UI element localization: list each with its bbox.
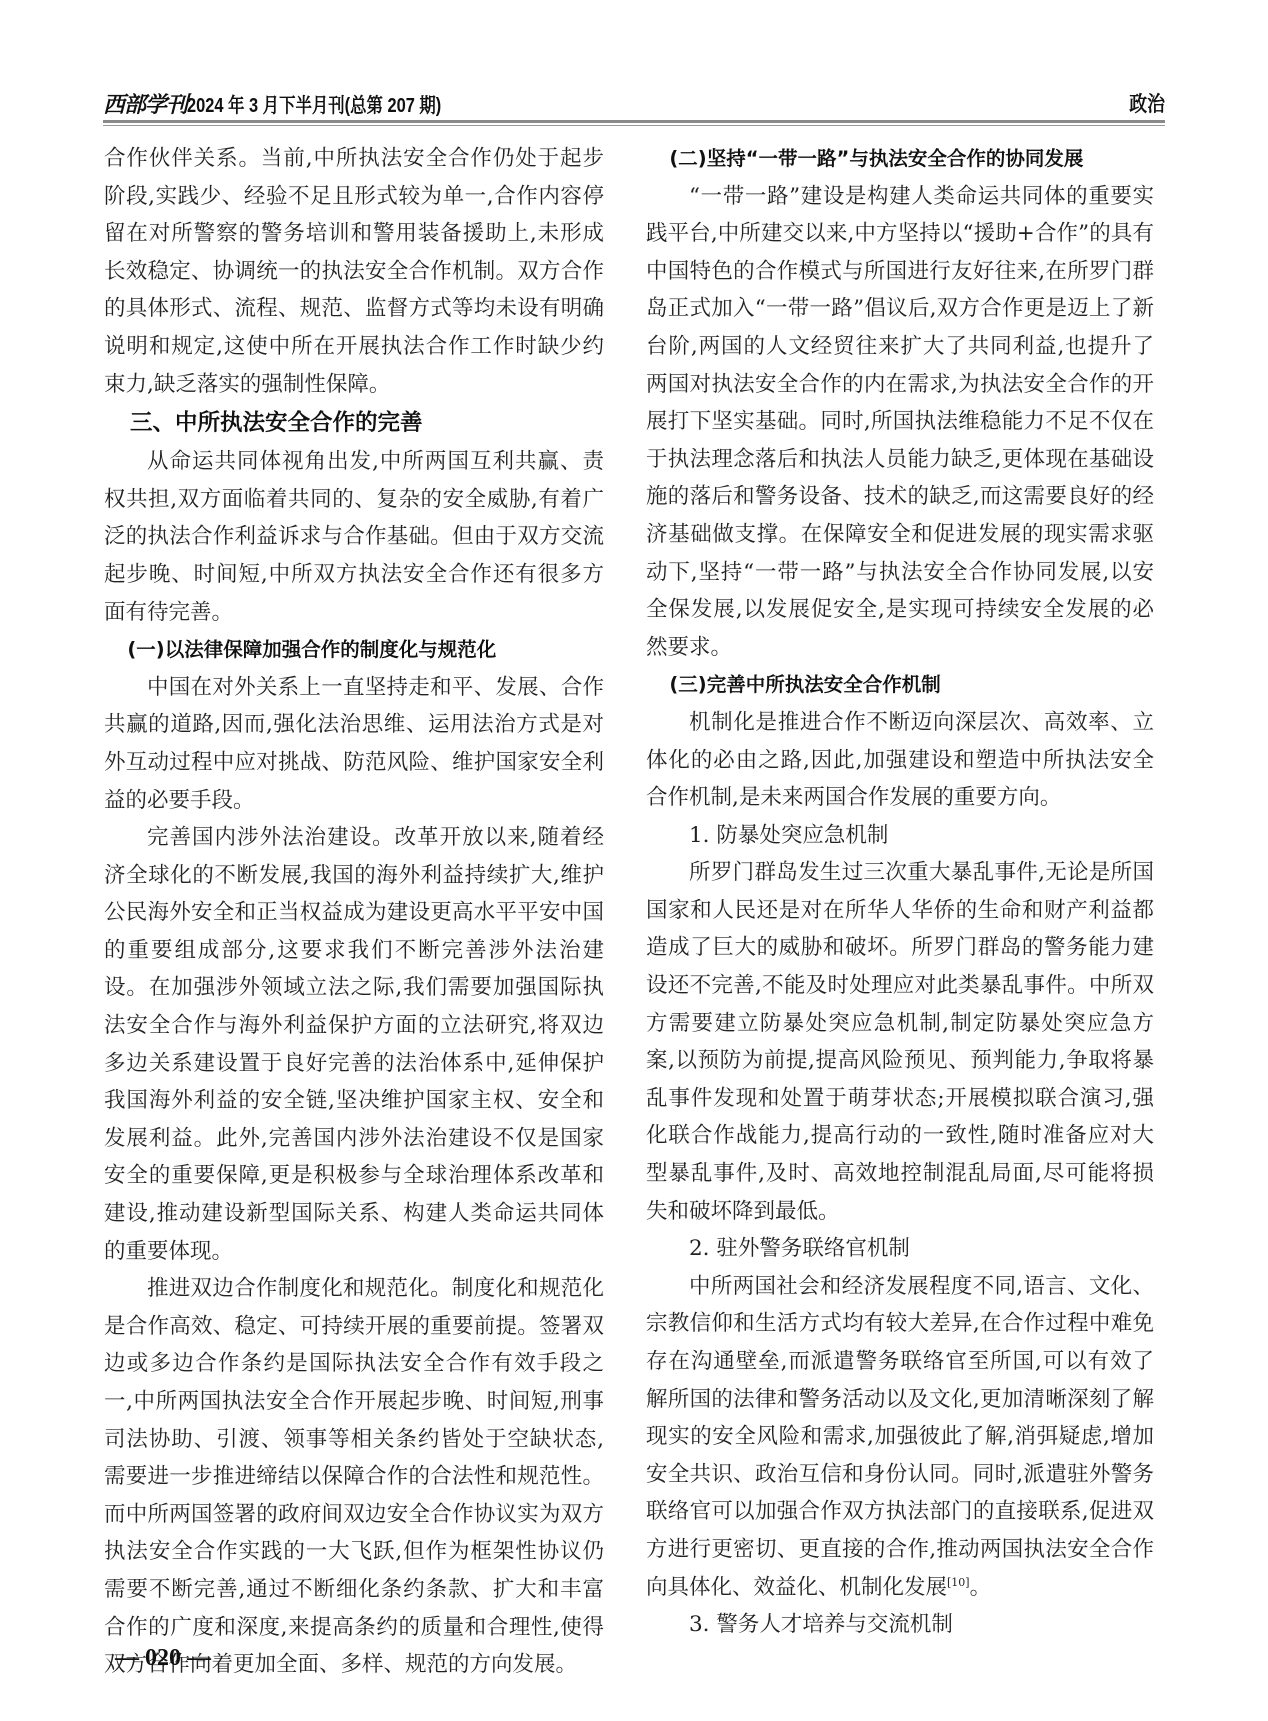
paragraph: “一带一路”建设是构建人类命运共同体的重要实践平台,中所建交以来,中方坚持以“援…	[646, 178, 1154, 667]
paragraph-text: 中所两国社会和经济发展程度不同,语言、文化、宗教信仰和生活方式均有较大差异,在合…	[646, 1274, 1154, 1600]
header-left: 西部学刊 2024 年 3 月下半月刊(总第 207 期)	[103, 88, 497, 119]
running-header: 西部学刊 2024 年 3 月下半月刊(总第 207 期) 政治	[103, 88, 1165, 120]
paragraph: 从命运共同体视角出发,中所两国互利共赢、责权共担,双方面临着共同的、复杂的安全威…	[104, 443, 604, 631]
paragraph: 完善国内涉外法治建设。改革开放以来,随着经济全球化的不断发展,我国的海外利益持续…	[104, 819, 604, 1270]
paragraph: 中所两国社会和经济发展程度不同,语言、文化、宗教信仰和生活方式均有较大差异,在合…	[646, 1268, 1154, 1606]
numbered-heading: 3. 警务人才培养与交流机制	[646, 1606, 1154, 1644]
paragraph: 推进双边合作制度化和规范化。制度化和规范化是合作高效、稳定、可持续开展的重要前提…	[104, 1270, 604, 1684]
numbered-heading: 1. 防暴处突应急机制	[646, 817, 1154, 855]
header-rule-thick	[103, 120, 1165, 123]
section-label: 政治	[1129, 88, 1165, 118]
journal-logo: 西部学刊	[103, 88, 187, 119]
section-heading: 三、中所执法安全合作的完善	[104, 403, 604, 443]
paragraph: 所罗门群岛发生过三次重大暴乱事件,无论是所国国家和人民还是对在所华人华侨的生命和…	[646, 854, 1154, 1230]
issue-info: 2024 年 3 月下半月刊(总第 207 期)	[187, 89, 441, 118]
subsection-heading: (一)以法律保障加强合作的制度化与规范化	[104, 631, 604, 669]
right-column: (二)坚持“一带一路”与执法安全合作的协同发展 “一带一路”建设是构建人类命运共…	[646, 140, 1154, 1644]
header-rule-thin	[103, 125, 1165, 126]
citation-ref: [10]	[947, 1575, 970, 1588]
left-column: 合作伙伴关系。当前,中所执法安全合作仍处于起步阶段,实践少、经验不足且形式较为单…	[104, 140, 604, 1684]
subsection-heading: (三)完善中所执法安全合作机制	[646, 666, 1154, 704]
paragraph-end: 。	[970, 1575, 992, 1600]
subsection-heading: (二)坚持“一带一路”与执法安全合作的协同发展	[646, 140, 1154, 178]
paragraph: 机制化是推进合作不断迈向深层次、高效率、立体化的必由之路,因此,加强建设和塑造中…	[646, 704, 1154, 817]
paragraph: 合作伙伴关系。当前,中所执法安全合作仍处于起步阶段,实践少、经验不足且形式较为单…	[104, 140, 604, 403]
numbered-heading: 2. 驻外警务联络官机制	[646, 1230, 1154, 1268]
journal-page: 西部学刊 2024 年 3 月下半月刊(总第 207 期) 政治 合作伙伴关系。…	[0, 0, 1268, 1721]
page-number: — 020 —	[115, 1645, 211, 1672]
paragraph: 中国在对外关系上一直坚持走和平、发展、合作共赢的道路,因而,强化法治思维、运用法…	[104, 669, 604, 819]
